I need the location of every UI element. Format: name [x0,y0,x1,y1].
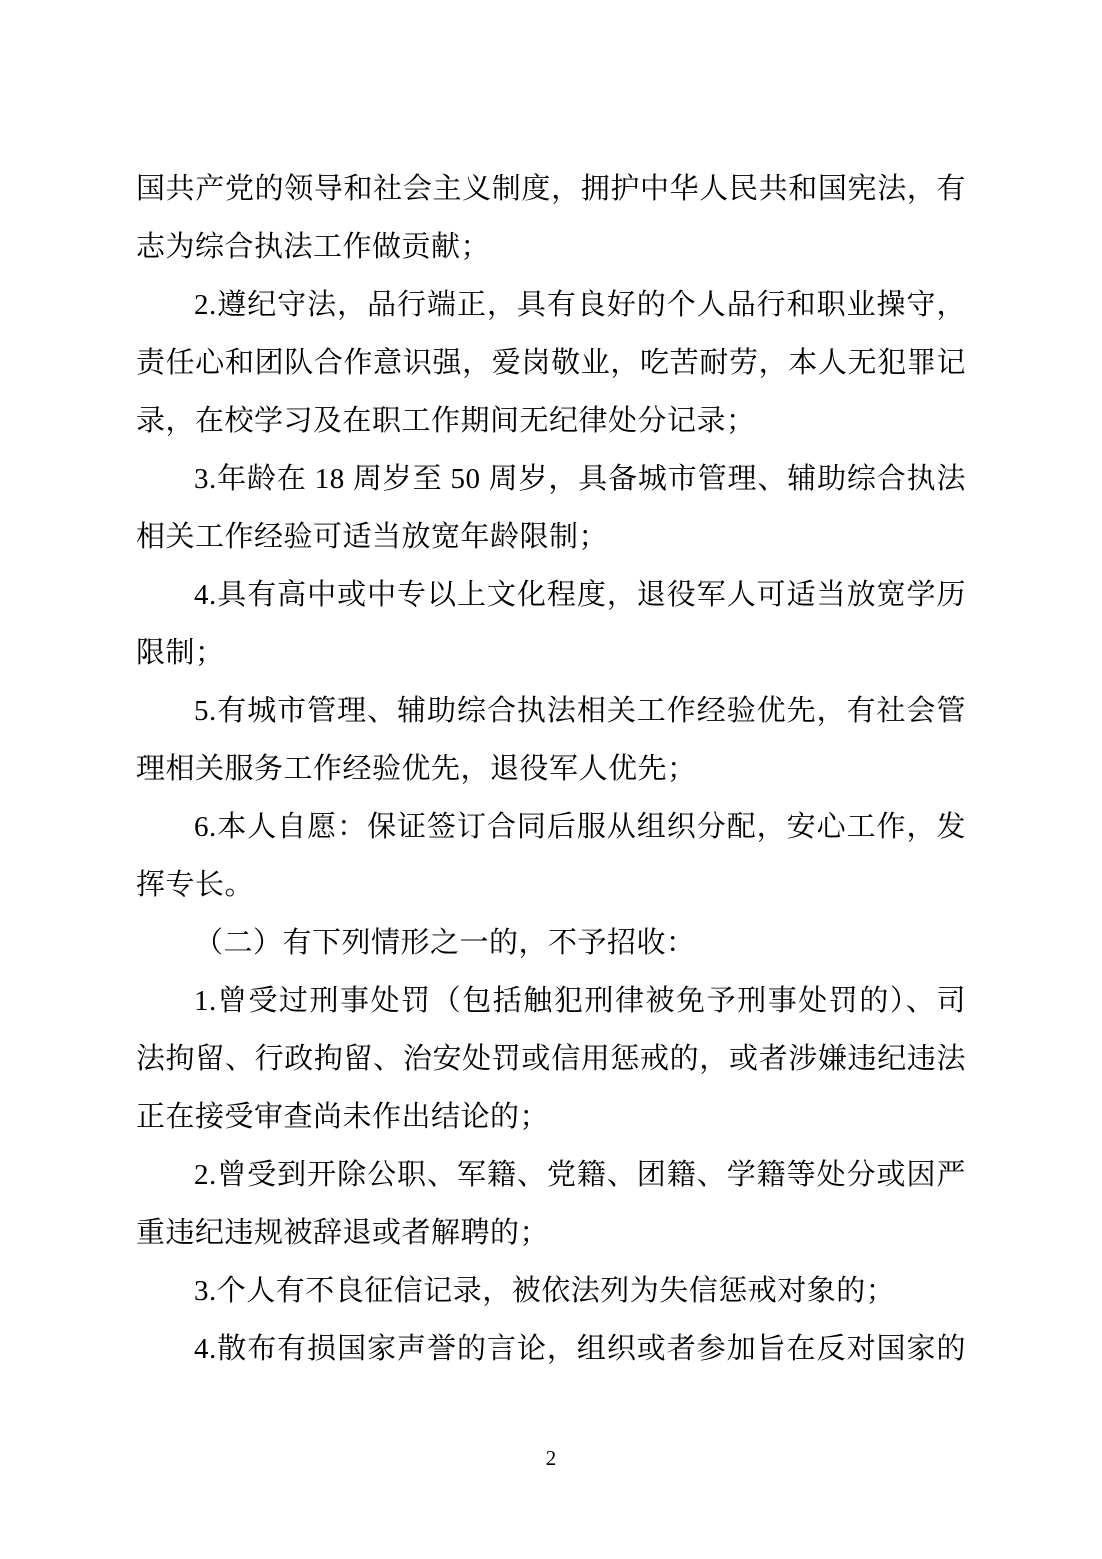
text-line: 3.个人有不良征信记录，被依法列为失信惩戒对象的； [136,1262,966,1320]
text-line: 志为综合执法工作做贡献； [136,218,966,276]
text-line: 法拘留、行政拘留、治安处罚或信用惩戒的，或者涉嫌违纪违法 [136,1030,966,1088]
text-line: 5.有城市管理、辅助综合执法相关工作经验优先，有社会管 [136,682,966,740]
text-line: 2.遵纪守法，品行端正，具有良好的个人品行和职业操守， [136,276,966,334]
text-line: 限制； [136,624,966,682]
text-line: 1.曾受过刑事处罚（包括触犯刑律被免予刑事处罚的）、司 [136,972,966,1030]
text-line: 4.散布有损国家声誉的言论，组织或者参加旨在反对国家的 [136,1320,966,1378]
document-page: 国共产党的领导和社会主义制度，拥护中华人民共和国宪法，有 志为综合执法工作做贡献… [136,160,966,1378]
text-line: 3.年龄在 18 周岁至 50 周岁，具备城市管理、辅助综合执法 [136,450,966,508]
text-line: 相关工作经验可适当放宽年龄限制； [136,508,966,566]
text-line: 录，在校学习及在职工作期间无纪律处分记录； [136,392,966,450]
text-line: （二）有下列情形之一的，不予招收： [136,914,966,972]
text-line: 理相关服务工作经验优先，退役军人优先； [136,740,966,798]
text-line: 正在接受审查尚未作出结论的； [136,1088,966,1146]
page-number: 2 [0,1444,1102,1472]
text-line: 重违纪违规被辞退或者解聘的； [136,1204,966,1262]
text-line: 6.本人自愿：保证签订合同后服从组织分配，安心工作，发 [136,798,966,856]
text-line: 2.曾受到开除公职、军籍、党籍、团籍、学籍等处分或因严 [136,1146,966,1204]
text-line: 4.具有高中或中专以上文化程度，退役军人可适当放宽学历 [136,566,966,624]
text-line: 责任心和团队合作意识强，爱岗敬业，吃苦耐劳，本人无犯罪记 [136,334,966,392]
text-line: 挥专长。 [136,856,966,914]
text-line: 国共产党的领导和社会主义制度，拥护中华人民共和国宪法，有 [136,160,966,218]
